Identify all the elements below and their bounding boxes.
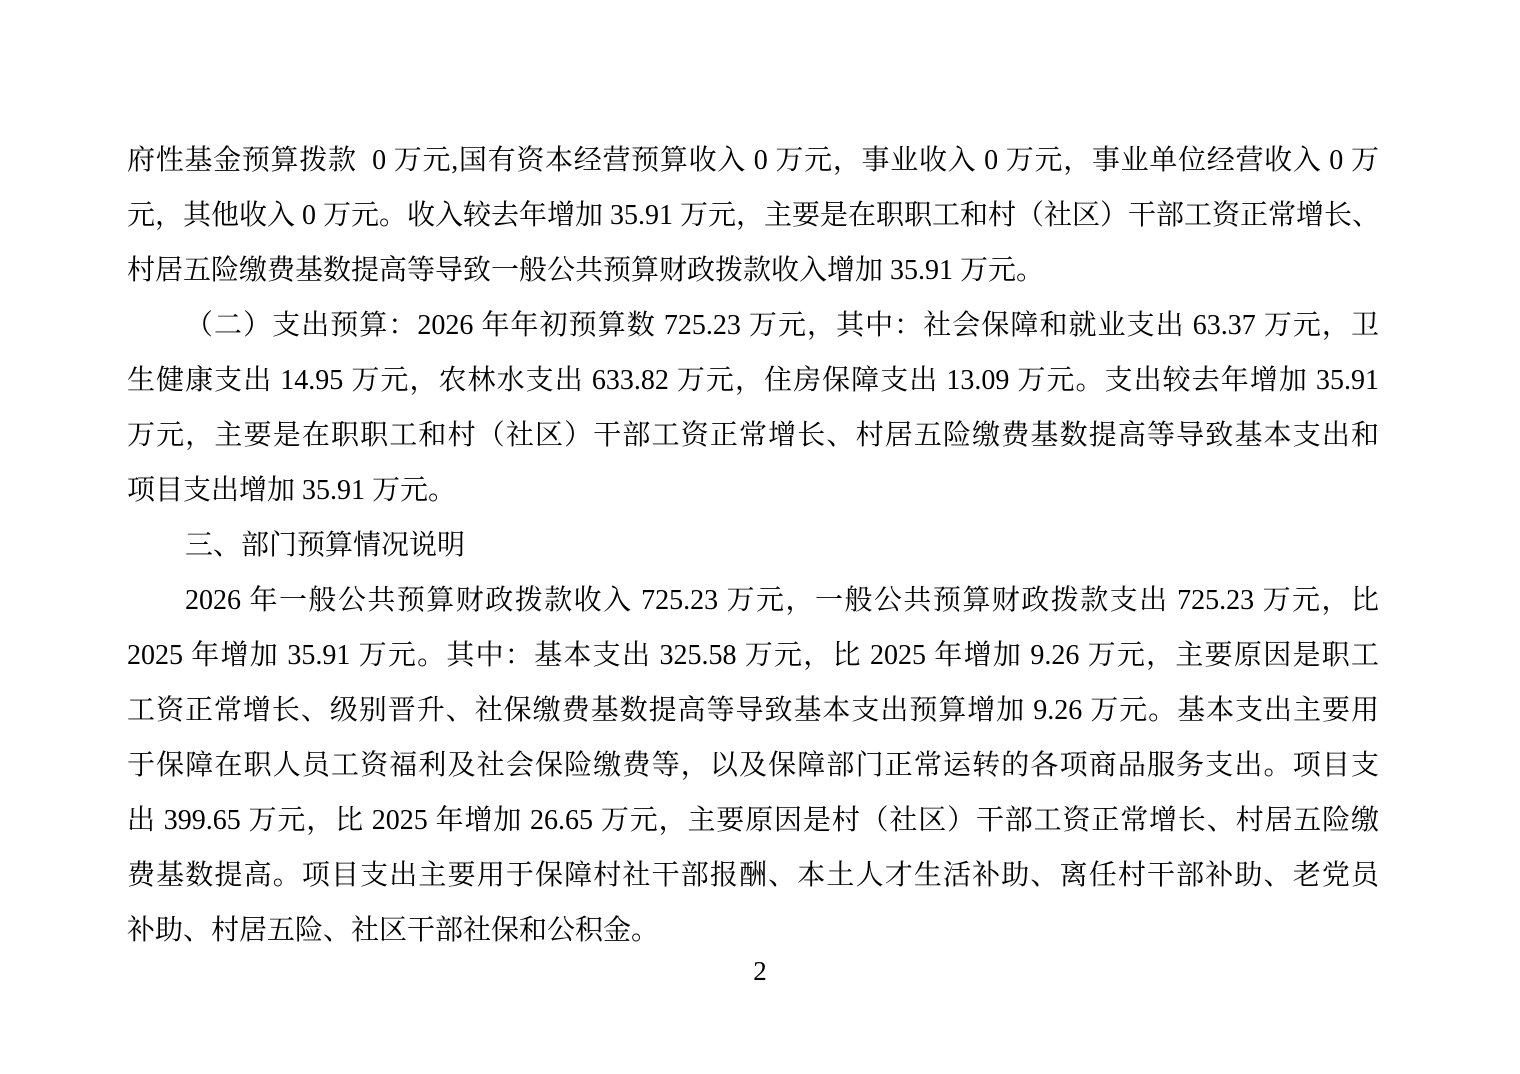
- text-line: 补助、村居五险、社区干部社保和公积金。: [127, 903, 1379, 958]
- section-heading-budget-explanation: 三、部门预算情况说明: [127, 518, 1379, 573]
- text-line: 村居五险缴费基数提高等导致一般公共预算财政拨款收入增加 35.91 万元。: [127, 243, 1379, 298]
- text-line: 万元，主要是在职职工和村（社区）干部工资正常增长、村居五险缴费基数提高等导致基本…: [127, 408, 1379, 463]
- text-line: 于保障在职人员工资福利及社会保险缴费等，以及保障部门正常运转的各项商品服务支出。…: [127, 738, 1379, 793]
- text-line-expenditure-budget-heading: （二）支出预算：2026 年年初预算数 725.23 万元，其中：社会保障和就业…: [127, 298, 1379, 353]
- text-line: 2025 年增加 35.91 万元。其中：基本支出 325.58 万元，比 20…: [127, 628, 1379, 683]
- text-line: 项目支出增加 35.91 万元。: [127, 463, 1379, 518]
- text-line: 府性基金预算拨款 0 万元,国有资本经营预算收入 0 万元，事业收入 0 万元，…: [127, 133, 1379, 188]
- text-line: 费基数提高。项目支出主要用于保障村社干部报酬、本土人才生活补助、离任村干部补助、…: [127, 848, 1379, 903]
- text-line: 元，其他收入 0 万元。收入较去年增加 35.91 万元，主要是在职职工和村（社…: [127, 188, 1379, 243]
- text-line: 2026 年一般公共预算财政拨款收入 725.23 万元，一般公共预算财政拨款支…: [127, 573, 1379, 628]
- page-number: 2: [0, 954, 1520, 988]
- text-line: 生健康支出 14.95 万元，农林水支出 633.82 万元，住房保障支出 13…: [127, 353, 1379, 408]
- document-page: 府性基金预算拨款 0 万元,国有资本经营预算收入 0 万元，事业收入 0 万元，…: [0, 0, 1520, 1074]
- text-line: 出 399.65 万元，比 2025 年增加 26.65 万元，主要原因是村（社…: [127, 793, 1379, 848]
- document-text-block: 府性基金预算拨款 0 万元,国有资本经营预算收入 0 万元，事业收入 0 万元，…: [127, 133, 1379, 958]
- text-line: 工资正常增长、级别晋升、社保缴费基数提高等导致基本支出预算增加 9.26 万元。…: [127, 683, 1379, 738]
